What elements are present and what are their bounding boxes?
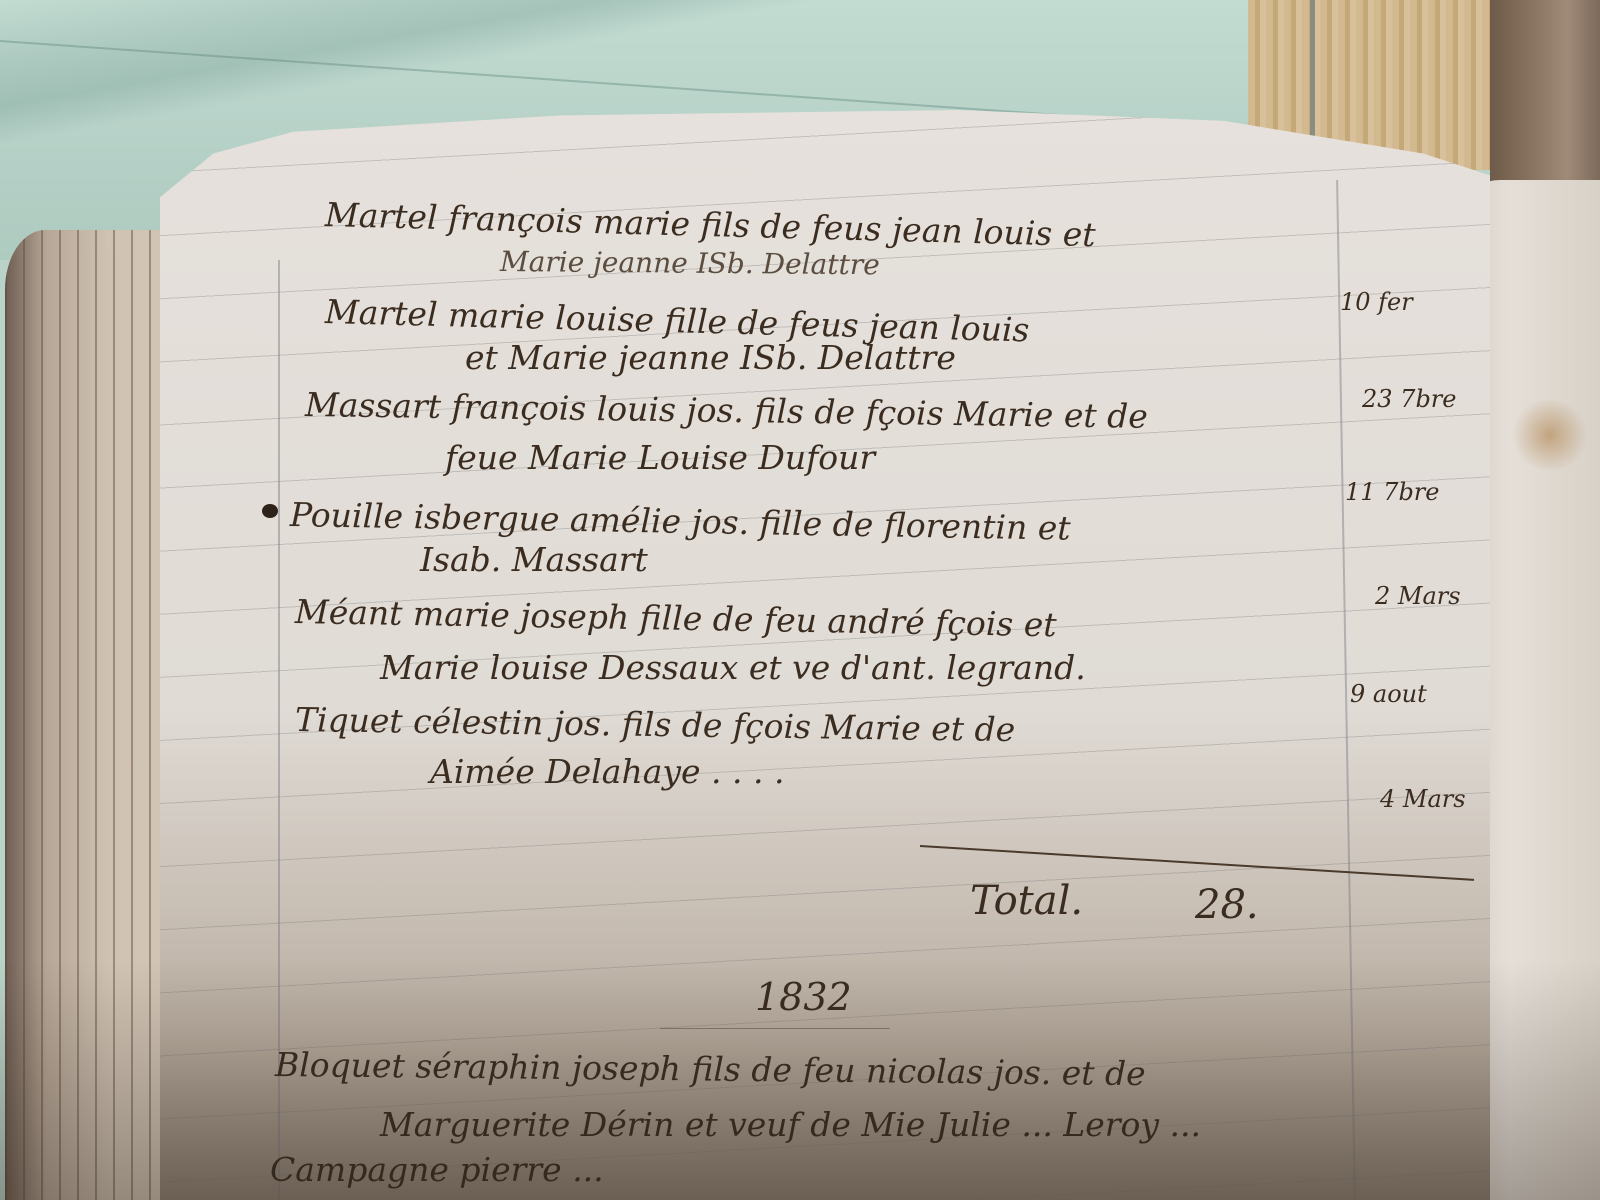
entry-date: 23 7bre xyxy=(1362,385,1456,413)
register-entries: Martel françois marie fils de feus jean … xyxy=(0,0,1600,1200)
entry-date: 11 7bre xyxy=(1345,478,1439,506)
total-underline xyxy=(920,845,1474,881)
total-value: 28. xyxy=(1195,882,1259,928)
entry-date: 2 Mars xyxy=(1375,582,1461,610)
year-underline xyxy=(660,1028,890,1029)
entry-line: Tiquet célestin jos. fils de fçois Marie… xyxy=(295,700,1016,749)
entry-line: Aimée Delahaye . . . . xyxy=(430,752,784,791)
total-label: Total. xyxy=(970,878,1083,924)
entry-line: Martel françois marie fils de feus jean … xyxy=(324,195,1096,254)
entry-line: et Marie jeanne ISb. Delattre xyxy=(465,338,956,377)
entry-date: 4 Mars xyxy=(1380,785,1466,813)
entry-date: 9 aout xyxy=(1350,680,1427,708)
entry-line: Massart françois louis jos. fils de fçoi… xyxy=(305,385,1148,436)
entry-line: Méant marie joseph fille de feu andré fç… xyxy=(295,592,1057,644)
entry-date: 10 fer xyxy=(1340,288,1413,316)
entry-line: Marguerite Dérin et veuf de Mie Julie ..… xyxy=(380,1105,1201,1144)
entry-line: Marie louise Dessaux et ve d'ant. legran… xyxy=(380,648,1086,687)
entry-line: Campagne pierre ... xyxy=(270,1150,604,1189)
entry-line: Marie jeanne ISb. Delattre xyxy=(500,245,880,281)
entry-line: Pouille isbergue amélie jos. fille de fl… xyxy=(290,495,1071,548)
year-heading: 1832 xyxy=(755,975,852,1019)
entry-line: Bloquet séraphin joseph fils de feu nico… xyxy=(275,1045,1146,1093)
entry-line: feue Marie Louise Dufour xyxy=(445,438,875,477)
entry-line: Isab. Massart xyxy=(420,540,648,579)
